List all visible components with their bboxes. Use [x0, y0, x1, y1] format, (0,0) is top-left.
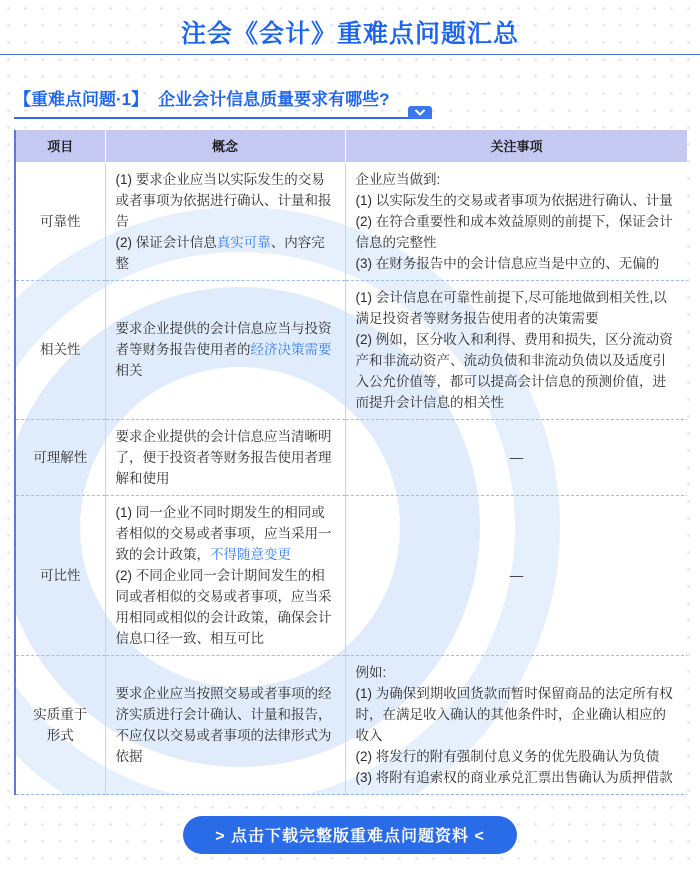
item-cell: 相关性	[15, 280, 105, 419]
notes-cell: —	[345, 495, 687, 655]
cell-line: (2) 将发行的附有强制付息义务的优先股确认为负债	[356, 746, 678, 767]
notes-cell: 例如:(1) 为确保到期收回货款而暂时保留商品的法定所有权时，在满足收入确认的其…	[345, 655, 687, 794]
cell-line: 例如:	[356, 662, 678, 683]
cell-line: (1) 要求企业应当以实际发生的交易或者事项为依据进行确认、计量和报告	[116, 169, 335, 232]
cell-line: 要求企业应当按照交易或者事项的经济实质进行会计确认、计量和报告，不应仅以交易或者…	[116, 683, 335, 767]
notes-cell: (1) 会计信息在可靠性前提下,尽可能地做到相关性,以满足投资者等财务报告使用者…	[345, 280, 687, 419]
item-cell: 可靠性	[15, 162, 105, 280]
notes-cell: 企业应当做到:(1) 以实际发生的交易或者事项为依据进行确认、计量(2) 在符合…	[345, 162, 687, 280]
cell-line: —	[356, 447, 678, 468]
concept-cell: 要求企业提供的会计信息应当清晰明了，便于投资者等财务报告使用者理解和使用	[105, 419, 345, 495]
concept-cell: (1) 同一企业不同时期发生的相同或者相似的交易或者事项，应当采用一致的会计政策…	[105, 495, 345, 655]
page-title: 注会《会计》重难点问题汇总	[0, 0, 700, 42]
concept-cell: 要求企业提供的会计信息应当与投资者等财务报告使用者的经济决策需要相关	[105, 280, 345, 419]
column-header-concept: 概念	[105, 130, 345, 162]
cell-line: (1) 为确保到期收回货款而暂时保留商品的法定所有权时，在满足收入确认的其他条件…	[356, 683, 678, 746]
section-question: 企业会计信息质量要求有哪些?	[158, 90, 389, 109]
cell-line: (2) 保证会计信息真实可靠、内容完整	[116, 232, 335, 274]
cell-line: (1) 以实际发生的交易或者事项为依据进行确认、计量	[356, 190, 678, 211]
cell-line: 企业应当做到:	[356, 169, 678, 190]
download-button[interactable]: > 点击下载完整版重难点问题资料 <	[183, 816, 517, 854]
cell-line: (2) 在符合重要性和成本效益原则的前提下，保证会计信息的完整性	[356, 211, 678, 253]
table-row: 可靠性(1) 要求企业应当以实际发生的交易或者事项为依据进行确认、计量和报告(2…	[15, 162, 687, 280]
table-body: 可靠性(1) 要求企业应当以实际发生的交易或者事项为依据进行确认、计量和报告(2…	[15, 162, 687, 794]
cell-line: 要求企业提供的会计信息应当与投资者等财务报告使用者的经济决策需要相关	[116, 318, 335, 381]
table-header-row: 项目 概念 关注事项	[15, 130, 687, 162]
cell-line: —	[356, 565, 678, 586]
cell-line: (1) 同一企业不同时期发生的相同或者相似的交易或者事项，应当采用一致的会计政策…	[116, 502, 335, 565]
item-cell: 实质重于形式	[15, 655, 105, 794]
title-divider	[0, 54, 700, 55]
highlight-text: 经济决策需要	[251, 342, 332, 357]
cell-line: 要求企业提供的会计信息应当清晰明了，便于投资者等财务报告使用者理解和使用	[116, 426, 335, 489]
cell-line: (2) 不同企业同一会计期间发生的相同或者相似的交易或者事项，应当采用相同或相似…	[116, 565, 335, 649]
concept-cell: 要求企业应当按照交易或者事项的经济实质进行会计确认、计量和报告，不应仅以交易或者…	[105, 655, 345, 794]
concept-cell: (1) 要求企业应当以实际发生的交易或者事项为依据进行确认、计量和报告(2) 保…	[105, 162, 345, 280]
table-row: 相关性要求企业提供的会计信息应当与投资者等财务报告使用者的经济决策需要相关(1)…	[15, 280, 687, 419]
notes-cell: —	[345, 419, 687, 495]
table-row: 可比性(1) 同一企业不同时期发生的相同或者相似的交易或者事项，应当采用一致的会…	[15, 495, 687, 655]
cell-line: (2) 例如，区分收入和利得、费用和损失，区分流动资产和非流动资产、流动负债和非…	[356, 329, 678, 413]
item-cell: 可比性	[15, 495, 105, 655]
cell-line: (3) 将附有追索权的商业承兑汇票出售确认为质押借款	[356, 767, 678, 788]
highlight-text: 不得随意变更	[210, 547, 291, 562]
item-cell: 可理解性	[15, 419, 105, 495]
highlight-text: 真实可靠	[217, 235, 271, 250]
cell-line: (1) 会计信息在可靠性前提下,尽可能地做到相关性,以满足投资者等财务报告使用者…	[356, 287, 678, 329]
table-container: 项目 概念 关注事项 可靠性(1) 要求企业应当以实际发生的交易或者事项为依据进…	[14, 130, 687, 795]
table-row: 可理解性要求企业提供的会计信息应当清晰明了，便于投资者等财务报告使用者理解和使用…	[15, 419, 687, 495]
column-header-item: 项目	[15, 130, 105, 162]
column-header-notes: 关注事项	[345, 130, 687, 162]
quality-requirements-table: 项目 概念 关注事项 可靠性(1) 要求企业应当以实际发生的交易或者事项为依据进…	[14, 130, 687, 795]
page: { "header": { "title": "注会《会计》重难点问题汇总" }…	[0, 0, 700, 873]
section-label: 【重难点问题·1】	[14, 90, 148, 109]
section-header: 【重难点问题·1】企业会计信息质量要求有哪些?	[14, 85, 432, 119]
table-row: 实质重于形式要求企业应当按照交易或者事项的经济实质进行会计确认、计量和报告，不应…	[15, 655, 687, 794]
chevron-down-icon[interactable]	[408, 106, 432, 119]
cell-line: (3) 在财务报告中的会计信息应当是中立的、无偏的	[356, 253, 678, 274]
